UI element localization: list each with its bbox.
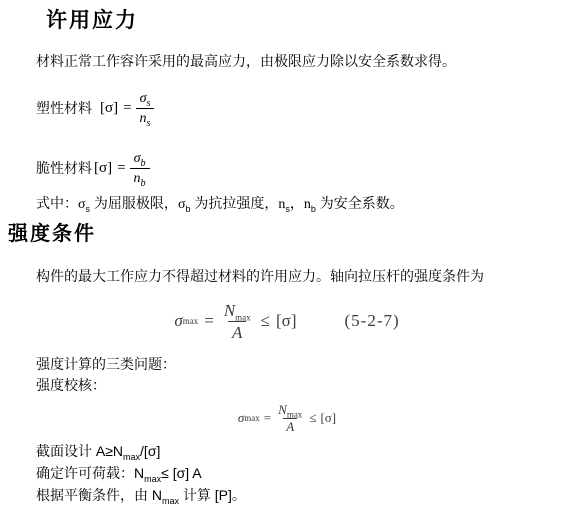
allowable-stress-bracket: [σ] [320, 410, 336, 426]
subscript-max: max [144, 474, 161, 484]
fraction-nmax-over-a: Nmax A [275, 402, 305, 435]
load-text-tail: ≤ [σ] A [161, 465, 201, 481]
equation-5-2-7: σmax = Nmax A ≤ [σ] (5-2-7) [174, 299, 399, 343]
formula-brittle-material: 脆性材料 [σ] = σb nb [36, 146, 150, 190]
equals-sign: = [117, 160, 125, 177]
formula-lhs: [σ] [94, 160, 112, 177]
document-page: 许用应力 材料正常工作容许采用的最高应力，由极限应力除以安全系数求得。 塑性材料… [0, 0, 574, 510]
n-b-symbol: n [304, 197, 311, 212]
formula-lhs: [σ] [100, 100, 118, 117]
legend-tensile-strength: 为抗拉强度， [191, 195, 279, 211]
sigma-symbol: σ [134, 151, 141, 166]
fraction-denominator: ns [136, 108, 155, 128]
fraction-numerator: σb [130, 149, 150, 168]
subscript-s: s [147, 117, 151, 128]
subscript-max: max [123, 452, 140, 462]
allowable-stress-bracket: [σ] [276, 311, 297, 331]
balance-text: 根据平衡条件，由 N [36, 487, 162, 503]
formula-label-plastic: 塑性材料 [36, 98, 92, 118]
line-allowable-load: 确定许可荷载：Nmax≤ [σ] A [36, 463, 202, 484]
legend-yield-limit: 为屈服极限， [90, 195, 178, 211]
subscript-b: b [141, 177, 146, 188]
n-max-symbol: N [224, 301, 235, 320]
equation-body: σmax = Nmax A ≤ [σ] [174, 300, 296, 343]
n-symbol: n [134, 171, 141, 186]
legend-comma: ， [290, 195, 304, 211]
balance-text-tail: 计算 [P]。 [179, 487, 246, 503]
fraction-nmax-over-a: Nmax A [220, 300, 255, 343]
formula-plastic-material: 塑性材料 [σ] = σs ns [36, 86, 154, 130]
fraction-sigma-s-over-n-s: σs ns [136, 89, 155, 128]
design-text: 截面设计 A≥N [36, 443, 123, 459]
line-section-design: 截面设计 A≥Nmax/[σ] [36, 441, 160, 462]
fraction-numerator: σs [136, 89, 155, 108]
equation-strength-check: σmax = Nmax A ≤ [σ] [238, 401, 336, 435]
sigma-s-symbol: σ [78, 197, 86, 212]
equals-sign: = [264, 410, 271, 426]
area-symbol: A [228, 321, 246, 343]
legend-safety-factor: 为安全系数。 [316, 195, 404, 211]
line-strength-check: 强度校核： [36, 376, 106, 395]
sigma-symbol: σ [140, 91, 147, 106]
formula-label-brittle: 脆性材料 [36, 158, 92, 178]
heading-strength-condition: 强度条件 [8, 221, 96, 247]
less-equal-sign: ≤ [309, 410, 316, 426]
fraction-sigma-b-over-n-b: σb nb [130, 149, 150, 188]
line-equilibrium: 根据平衡条件，由 Nmax 计算 [P]。 [36, 485, 246, 506]
design-text-tail: /[σ] [140, 443, 160, 459]
heading-allowable-stress: 许用应力 [46, 8, 138, 34]
fraction-denominator: nb [130, 168, 150, 188]
symbol-legend: 式中：σs 为屈服极限，σb 为抗拉强度，ns，nb 为安全系数。 [36, 194, 404, 214]
fraction-numerator: Nmax [275, 402, 305, 418]
equals-sign: = [123, 100, 131, 117]
fraction-numerator: Nmax [220, 300, 255, 321]
equals-sign: = [204, 311, 214, 331]
paragraph-strength-condition: 构件的最大工作应力不得超过材料的许用应力。轴向拉压杆的强度条件为 [36, 267, 484, 286]
area-symbol: A [283, 418, 297, 435]
n-symbol: n [140, 111, 147, 126]
paragraph-definition: 材料正常工作容许采用的最高应力，由极限应力除以安全系数求得。 [36, 52, 456, 71]
equation-number: (5-2-7) [345, 311, 400, 331]
load-text: 确定许可荷载：N [36, 465, 144, 481]
line-three-problems: 强度计算的三类问题： [36, 355, 176, 374]
n-max-symbol: N [278, 402, 287, 417]
less-equal-sign: ≤ [261, 311, 270, 331]
subscript-max: max [162, 496, 179, 506]
sigma-max-symbol: σ [174, 311, 182, 331]
legend-prefix: 式中： [36, 195, 78, 211]
